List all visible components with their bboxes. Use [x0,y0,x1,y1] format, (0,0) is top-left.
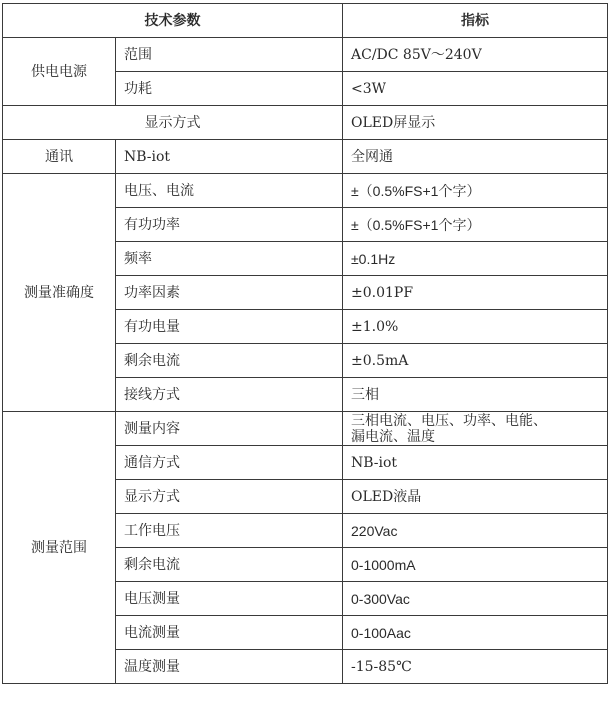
table-row: 供电电源 范围 AC/DC 85V～240V [3,38,608,72]
param-name: 通信方式 [116,446,343,480]
param-name: 范围 [116,38,343,72]
group-accuracy: 测量准确度 [3,174,116,412]
param-name: 电压、电流 [116,174,343,208]
param-name: 有功电量 [116,310,343,344]
param-name: 频率 [116,242,343,276]
param-value: 220Vac [343,514,608,548]
param-value: NB-iot [343,446,608,480]
header-row: 技术参数 指标 [3,4,608,38]
param-name: 剩余电流 [116,344,343,378]
value-line-2: 漏电流、温度 [351,429,435,445]
param-name: 工作电压 [116,514,343,548]
param-value: <3W [343,72,608,106]
group-range: 测量范围 [3,412,116,684]
param-value: 全网通 [343,140,608,174]
table-row: 测量范围 测量内容 三相电流、电压、功率、电能、漏电流、温度 [3,412,608,446]
param-name: 功率因素 [116,276,343,310]
param-name: 电流测量 [116,616,343,650]
param-name: 电压测量 [116,582,343,616]
param-value: AC/DC 85V～240V [343,38,608,72]
param-value-multiline: 三相电流、电压、功率、电能、漏电流、温度 [343,412,608,446]
param-value: 0-100Aac [343,616,608,650]
param-name: NB-iot [116,140,343,174]
group-communication: 通讯 [3,140,116,174]
param-name: 剩余电流 [116,548,343,582]
spec-table: 技术参数 指标 供电电源 范围 AC/DC 85V～240V 功耗 <3W 显示… [2,3,608,684]
param-name: 接线方式 [116,378,343,412]
param-value: 0-300Vac [343,582,608,616]
param-name-display: 显示方式 [3,106,343,140]
param-value: OLED液晶 [343,480,608,514]
param-name: 温度测量 [116,650,343,684]
param-value: ±（0.5%FS+1个字） [343,174,608,208]
param-name: 功耗 [116,72,343,106]
header-param: 技术参数 [3,4,343,38]
param-name: 测量内容 [116,412,343,446]
param-name: 显示方式 [116,480,343,514]
param-value: ±0.01PF [343,276,608,310]
value-line-1: 三相电流、电压、功率、电能、 [351,413,547,429]
param-value: ±（0.5%FS+1个字） [343,208,608,242]
param-value: OLED屏显示 [343,106,608,140]
header-spec: 指标 [343,4,608,38]
param-value: ±1.0% [343,310,608,344]
table-row: 测量准确度 电压、电流 ±（0.5%FS+1个字） [3,174,608,208]
param-value: 0-1000mA [343,548,608,582]
table-row: 通讯 NB-iot 全网通 [3,140,608,174]
table-row: 显示方式 OLED屏显示 [3,106,608,140]
group-power-supply: 供电电源 [3,38,116,106]
param-value: ±0.5mA [343,344,608,378]
param-value: ±0.1Hz [343,242,608,276]
param-value: 三相 [343,378,608,412]
param-name: 有功功率 [116,208,343,242]
param-value: -15-85℃ [343,650,608,684]
